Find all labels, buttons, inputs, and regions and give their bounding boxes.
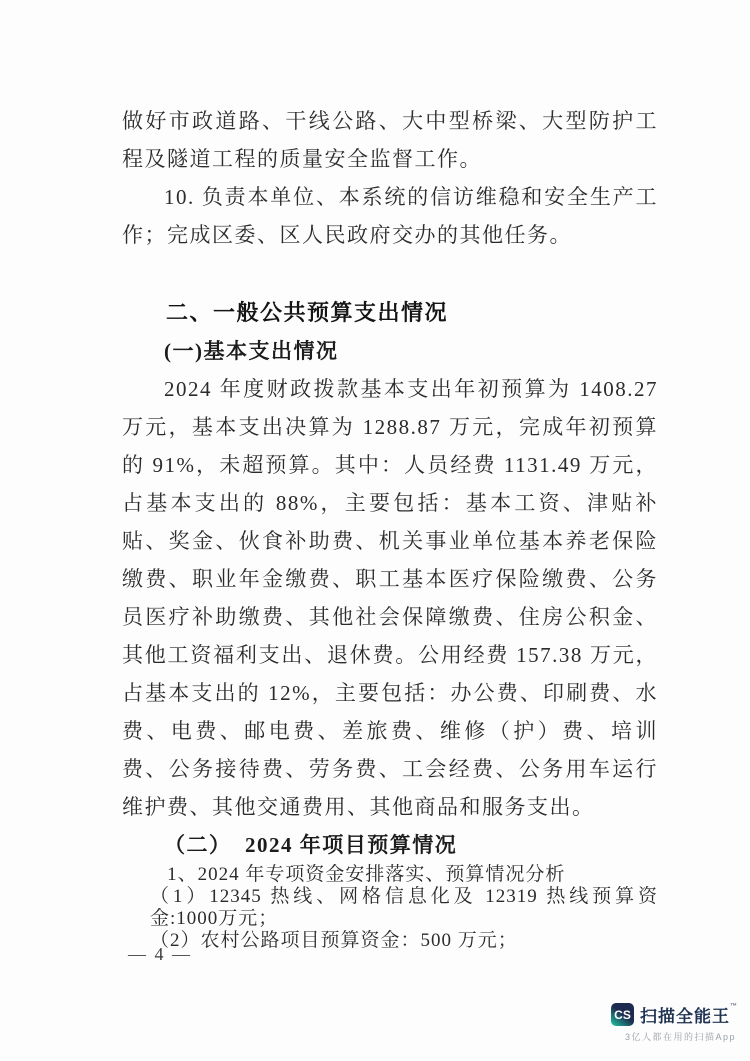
project-analysis-title: 1、2024 年专项资金安排落实、预算情况分析 [150, 864, 658, 886]
camscanner-cs-logo-icon: CS [611, 1003, 634, 1026]
document-body: 做好市政道路、干线公路、大中型桥梁、大型防护工程及隧道工程的质量安全监督工作。 … [122, 102, 658, 952]
project-item-rural-road: （2）农村公路项目预算资金：500 万元； [150, 930, 658, 952]
camscanner-brand-text: 扫描全能王 [640, 1007, 730, 1026]
scanned-document-page: 做好市政道路、干线公路、大中型桥梁、大型防护工程及隧道工程的质量安全监督工作。 … [0, 0, 750, 1061]
trademark-mark: ™ [730, 1003, 738, 1010]
paragraph-basic-expenditure-detail: 2024 年度财政拨款基本支出年初预算为 1408.27 万元，基本支出决算为 … [122, 370, 658, 826]
paragraph-item-10: 10. 负责本单位、本系统的信访维稳和安全生产工作；完成区委、区人民政府交办的其… [122, 178, 658, 254]
project-budget-list: 1、2024 年专项资金安排落实、预算情况分析 （1）12345 热线、网格信息… [150, 864, 658, 952]
section-heading-public-budget-expenditure: 二、一般公共预算支出情况 [122, 294, 658, 332]
camscanner-brand-row: CS 扫描全能王™ [611, 1002, 738, 1027]
camscanner-tagline: 3亿人都在用的扫描App [625, 1030, 736, 1043]
paragraph-continuation: 做好市政道路、干线公路、大中型桥梁、大型防护工程及隧道工程的质量安全监督工作。 [122, 102, 658, 178]
subsection-heading-2024-project-budget: （二） 2024 年项目预算情况 [122, 826, 658, 864]
camscanner-watermark: CS 扫描全能王™ 3亿人都在用的扫描App [611, 1002, 738, 1043]
camscanner-brand-name: 扫描全能王™ [640, 1002, 738, 1027]
subsection-heading-basic-expenditure: (一)基本支出情况 [122, 332, 658, 370]
page-number: — 4 — [128, 944, 192, 965]
project-item-hotline: （1）12345 热线、网格信息化及 12319 热线预算资金:1000万元； [150, 886, 658, 930]
